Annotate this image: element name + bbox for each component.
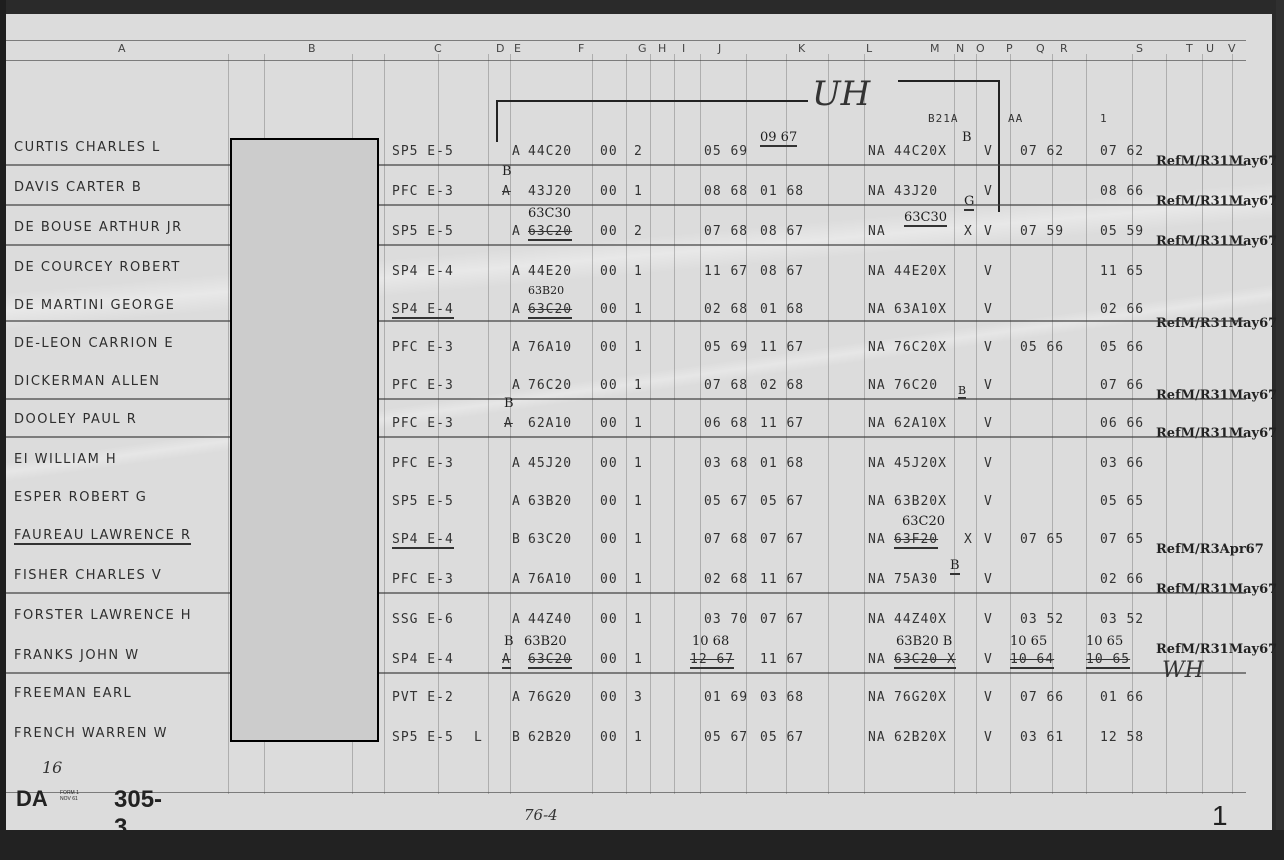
v-cell: V [984,652,993,667]
na-cell: NA [868,572,886,587]
scan-edge-bottom [0,830,1284,860]
code-cell: A [512,340,521,355]
v-cell: V [984,416,993,431]
mos2-cell: 76C20X [894,340,947,355]
rank-cell: SP4 E-4 [392,532,454,549]
col-header-h: H [658,42,666,55]
date3-cell: 11 65 [1100,264,1144,279]
col-header-a: A [118,42,126,55]
rank-cell: SP4 E-4 [392,652,454,667]
mos2-cell: 63A10X [894,302,947,317]
row-rule [6,204,1246,206]
date-cell-b: 07 67 [760,532,804,547]
n-cell: 1 [634,456,643,471]
col-header-k: K [798,42,805,55]
col-header-f: F [578,42,584,55]
mos2-cell: 44C20X [894,144,947,159]
form-prefix: DA [16,786,48,812]
mos2-cell: 63B20X [894,494,947,509]
na-cell: NA [868,340,886,355]
col-header-g: G [638,42,647,55]
mos2-cell: 43J20 [894,184,938,199]
v-cell: V [984,494,993,509]
col-header-r: R [1060,42,1068,55]
col-header-m: M [930,42,940,55]
n-cell: 1 [634,340,643,355]
n-cell: 1 [634,264,643,279]
date-cell: 02 68 [704,572,748,587]
date2-cell: 07 65 [1020,532,1064,547]
date3-cell: 07 62 [1100,144,1144,159]
date-cell: 05 69 [704,144,748,159]
zz-cell: 00 [600,184,618,199]
mos2-cell: 75A30 [894,572,938,587]
mos2-cell: 63C20 X [894,652,956,669]
mos2-note: B [950,558,960,575]
date2-cell: 07 62 [1020,144,1064,159]
na-cell: NA [868,532,886,547]
na-cell: NA [868,224,886,239]
ref-cell: RefM/R31May67 [1156,154,1277,169]
date3-cell: 03 66 [1100,456,1144,471]
name-cell: DE-LEON CARRION E [14,336,174,351]
name-cell: FRANKS JOHN W [14,648,140,663]
v-cell: V [984,456,993,471]
date3-cell: 05 66 [1100,340,1144,355]
zz-cell: 00 [600,532,618,547]
footer-rule [6,792,1246,793]
date3-cell: 07 65 [1100,532,1144,547]
rank-cell: PFC E-3 [392,572,454,587]
zz-cell: 00 [600,416,618,431]
name-cell: FORSTER LAWRENCE H [14,608,192,623]
date-cell: 06 68 [704,416,748,431]
mos2-cell: 63F20 [894,532,938,549]
n-cell: 1 [634,416,643,431]
ref-cell: RefM/R31May67 [1156,426,1277,441]
date3-cell: 05 59 [1100,224,1144,239]
mos2-cell: 76C20 [894,378,938,393]
rank-cell: SP5 E-5 [392,144,454,159]
na-cell: NA [868,416,886,431]
ref-cell: RefM/R31May67 [1156,388,1277,403]
date3-note: 10 65 [1086,634,1123,649]
date3-cell: 12 58 [1100,730,1144,745]
redaction-box [230,138,379,742]
v-cell: V [984,224,993,239]
zz-cell: 00 [600,264,618,279]
code-cell: A [502,184,511,199]
col-header-o: O [976,42,985,55]
name-cell: FISHER CHARLES V [14,568,162,583]
code-cell: A [512,612,521,627]
name-cell: DAVIS CARTER B [14,180,142,195]
row-rule [6,436,1246,438]
rank-cell: PFC E-3 [392,456,454,471]
mos-cell: 63C20 [528,302,572,319]
col-header-b: B [308,42,316,55]
rank-cell: PFC E-3 [392,340,454,355]
zz-cell: 00 [600,730,618,745]
mos-note: 63C30 [528,206,571,221]
date-cell-b: 11 67 [760,416,804,431]
na-cell: NA [868,264,886,279]
n-cell: 1 [634,184,643,199]
zz-cell: 00 [600,224,618,239]
n-cell: 1 [634,652,643,667]
n-cell: 1 [634,730,643,745]
mos-note: 63B20 [524,634,567,649]
code-cell: A [512,690,521,705]
header-label-o: AA [1008,112,1023,125]
na-cell: NA [868,144,886,159]
col-header-l: L [866,42,872,55]
col-header-s: S [1136,42,1143,55]
date-cell-b: 08 67 [760,264,804,279]
date2-cell: 07 66 [1020,690,1064,705]
code-cell: A [512,494,521,509]
rank-suffix: L [474,730,483,745]
row-rule [6,672,1246,674]
rank-cell: SP5 E-5 [392,224,454,239]
mos2-cell: 44E20X [894,264,947,279]
header-label-s: 1 [1100,112,1108,125]
v-cell: V [984,612,993,627]
date-cell-b: 01 68 [760,184,804,199]
mos-cell: 44E20 [528,264,572,279]
zz-cell: 00 [600,144,618,159]
rank-cell: SP4 E-4 [392,302,454,319]
form-sheet: A B C D E F G H I J K L M N O P Q R S T … [6,14,1272,832]
code-cell: A [512,302,521,317]
col-header-q: Q [1036,42,1045,55]
na-cell: NA [868,652,886,667]
column-header-row: A B C D E F G H I J K L M N O P Q R S T … [6,42,1256,62]
col-header-n: N [956,42,964,55]
name-cell: DE MARTINI GEORGE [14,298,175,313]
date2-cell: 07 59 [1020,224,1064,239]
date-cell-b: 05 67 [760,730,804,745]
mos2-note: 63C20 [902,514,945,529]
date3-cell: 02 66 [1100,572,1144,587]
v-cell: V [984,340,993,355]
date-cell: 07 68 [704,378,748,393]
date-cell-b: 08 67 [760,224,804,239]
na-cell: NA [868,730,886,745]
v-cell: V [984,730,993,745]
name-cell: DE BOUSE ARTHUR JR [14,220,183,235]
ref-cell: RefM/R31May67 [1156,316,1277,331]
na-cell: NA [868,690,886,705]
code-cell: A [502,652,511,669]
header-rule [6,40,1246,41]
date3-cell: 03 52 [1100,612,1144,627]
name-cell: DICKERMAN ALLEN [14,374,160,389]
v-cell: V [984,264,993,279]
date-cell: 03 68 [704,456,748,471]
v-cell: V [984,378,993,393]
name-cell: CURTIS CHARLES L [14,140,161,155]
zz-cell: 00 [600,652,618,667]
date-cell-b: 07 67 [760,612,804,627]
col-header-d: D [496,42,504,55]
date-correction: 09 67 [760,130,797,147]
code-note: B [504,634,514,649]
row-rule [6,592,1246,594]
mos-cell: 45J20 [528,456,572,471]
date-cell: 08 68 [704,184,748,199]
rank-cell: SSG E-6 [392,612,454,627]
handwritten-count: 16 [42,758,62,777]
date-cell-b: 05 67 [760,494,804,509]
v-cell: V [984,690,993,705]
mos-cell: 76G20 [528,690,572,705]
n-cell: 3 [634,690,643,705]
code-cell: A [512,456,521,471]
date2-note: 10 65 [1010,634,1047,649]
n-cell: 1 [634,572,643,587]
name-cell: FRENCH WARREN W [14,726,168,741]
ref-cell: RefM/R31May67 [1156,642,1277,657]
mos2-note: G [964,194,974,211]
name-cell: FAUREAU LAWRENCE R [14,528,191,545]
mos-cell: 63C20 [528,224,572,241]
row-rule [6,164,1246,166]
v-cell: V [984,532,993,547]
name-cell: ESPER ROBERT G [14,490,147,505]
date-cell: 03 70 [704,612,748,627]
row-rule [6,244,1246,246]
date3-cell: 07 66 [1100,378,1144,393]
zz-cell: 00 [600,378,618,393]
date-cell-b: 01 68 [760,456,804,471]
date-cell: 07 68 [704,224,748,239]
code-cell: A [512,378,521,393]
date-cell: 05 67 [704,494,748,509]
date-cell-b: 03 68 [760,690,804,705]
page-number: 1 [1212,800,1228,832]
col-header-p: P [1006,42,1013,55]
mos-cell: 76A10 [528,340,572,355]
rank-cell: PVT E-2 [392,690,454,705]
form-label: FORM 1 NOV 61 [60,790,82,802]
mos-cell: 44Z40 [528,612,572,627]
date-cell: 05 69 [704,340,748,355]
mos-cell: 63B20 [528,494,572,509]
col-header-i: I [682,42,685,55]
date2-cell: 05 66 [1020,340,1064,355]
mos-cell: 62B20 [528,730,572,745]
mos2-cell: 62B20X [894,730,947,745]
date-cell: 11 67 [704,264,748,279]
mos-cell: 76A10 [528,572,572,587]
zz-cell: 00 [600,302,618,317]
mos-cell: 44C20 [528,144,572,159]
ref-cell: RefM/R31May67 [1156,582,1277,597]
mos-cell: 63C20 [528,532,572,547]
mos2-suffix: X [964,224,973,239]
mos-cell: 76C20 [528,378,572,393]
mos-note: 63B20 [528,284,564,297]
mos2-note: 63B20 B [896,634,952,649]
date2-cell: 03 61 [1020,730,1064,745]
mos2-cell: 63C30 [904,210,947,227]
mos2-cell: 44Z40X [894,612,947,627]
code-cell: B [512,730,521,745]
date2-cell: 03 52 [1020,612,1064,627]
date3-cell: 01 66 [1100,690,1144,705]
na-cell: NA [868,612,886,627]
n-cell: 1 [634,532,643,547]
scan-edge-right [1276,0,1284,860]
zz-cell: 00 [600,456,618,471]
mos2-cell: 45J20X [894,456,947,471]
date-cell: 05 67 [704,730,748,745]
mos-cell: 62A10 [528,416,572,431]
rank-cell: SP5 E-5 [392,730,454,745]
date2-cell: 10 64 [1010,652,1054,669]
row-rule [6,320,1246,322]
n-cell: 1 [634,612,643,627]
date-cell-b: 11 67 [760,652,804,667]
rank-cell: SP4 E-4 [392,264,454,279]
name-cell: EI WILLIAM H [14,452,117,467]
date-cell-b: 11 67 [760,340,804,355]
code-cell: B [512,532,521,547]
code-cell: A [512,224,521,239]
ref-cell: RefM/R31May67 [1156,234,1277,249]
na-cell: NA [868,302,886,317]
name-cell: DOOLEY PAUL R [14,412,137,427]
mos2-suffix: X [964,532,973,547]
code-cell: A [512,144,521,159]
rank-cell: SP5 E-5 [392,494,454,509]
n-cell: 1 [634,378,643,393]
zz-cell: 00 [600,612,618,627]
v-cell: V [984,144,993,159]
name-cell: FREEMAN EARL [14,686,132,701]
initials-top: UH [812,74,870,114]
date3-cell: 08 66 [1100,184,1144,199]
zz-cell: 00 [600,494,618,509]
name-cell: DE COURCEY ROBERT [14,260,181,275]
date-cell-b: 11 67 [760,572,804,587]
mos2-note: B [958,384,966,399]
row-rule [6,398,1246,400]
zz-cell: 00 [600,572,618,587]
code-cell: A [512,572,521,587]
date-cell: 12 67 [690,652,734,669]
na-cell: NA [868,456,886,471]
code-cell: A [512,264,521,279]
mos2-cell: 76G20X [894,690,947,705]
col-header-u: U [1206,42,1214,55]
n-cell: 1 [634,302,643,317]
header-label-m: B21A [928,112,959,125]
rank-cell: PFC E-3 [392,416,454,431]
n-cell: 1 [634,494,643,509]
date-note: 10 68 [692,634,729,649]
zz-cell: 00 [600,690,618,705]
date-cell: 07 68 [704,532,748,547]
v-cell: V [984,184,993,199]
na-cell: NA [868,378,886,393]
mos-cell: 43J20 [528,184,572,199]
date-cell-b: 02 68 [760,378,804,393]
code-note: B [502,164,512,179]
handwritten-ref: 76-4 [524,806,558,824]
na-cell: NA [868,494,886,509]
date3-cell: 05 65 [1100,494,1144,509]
date-cell: 01 69 [704,690,748,705]
n-cell: 2 [634,224,643,239]
rank-cell: PFC E-3 [392,184,454,199]
ref-cell: RefM/R31May67 [1156,194,1277,209]
date-cell-b: 01 68 [760,302,804,317]
code-note: B [504,396,514,411]
mos2-cell: 62A10X [894,416,947,431]
initials-right: WH [1162,658,1204,683]
zz-cell: 00 [600,340,618,355]
code-cell: A [504,416,513,431]
date3-cell: 02 66 [1100,302,1144,317]
na-cell: NA [868,184,886,199]
mos2-note: B [962,130,972,145]
col-header-e: E [514,42,521,55]
date-cell: 02 68 [704,302,748,317]
col-header-t: T [1186,42,1193,55]
ref-cell: RefM/R3Apr67 [1156,542,1264,557]
rank-cell: PFC E-3 [392,378,454,393]
n-cell: 2 [634,144,643,159]
col-header-j: J [718,42,721,55]
v-cell: V [984,302,993,317]
date3-cell: 06 66 [1100,416,1144,431]
col-header-v: V [1228,42,1236,55]
v-cell: V [984,572,993,587]
mos-cell: 63C20 [528,652,572,669]
col-header-c: C [434,42,442,55]
date3-cell: 10 65 [1086,652,1130,669]
